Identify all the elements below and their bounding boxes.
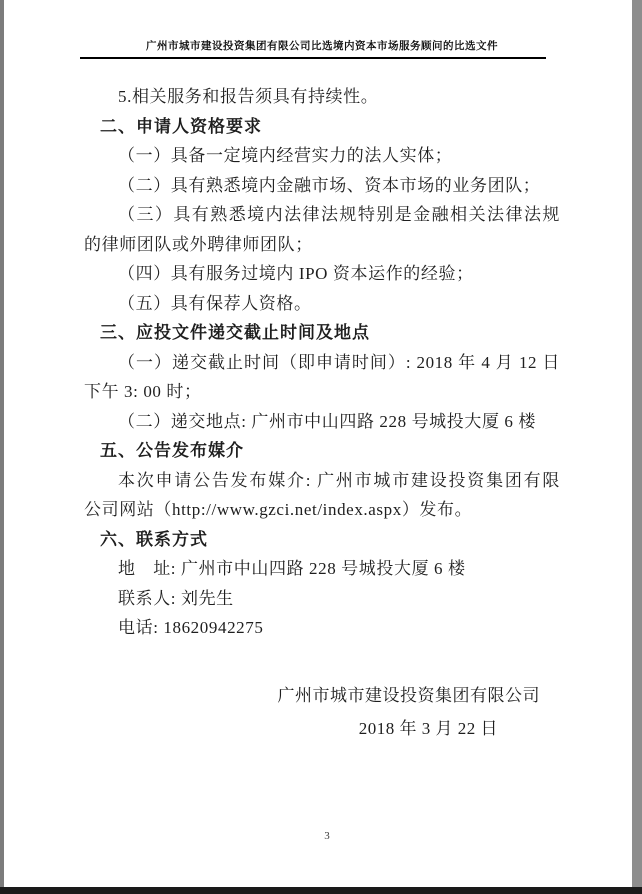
paragraph: 联系人: 刘先生 bbox=[84, 584, 560, 614]
section-heading: 三、应投文件递交截止时间及地点 bbox=[84, 318, 560, 348]
paragraph: （四）具有服务过境内 IPO 资本运作的经验； bbox=[84, 259, 560, 289]
paragraph: 5.相关服务和报告须具有持续性。 bbox=[84, 82, 560, 112]
paragraph: 下午 3: 00 时； bbox=[84, 377, 560, 407]
viewer-edge-right bbox=[632, 0, 642, 894]
paragraph: （五）具有保荐人资格。 bbox=[84, 289, 560, 319]
paragraph: （一）具备一定境内经营实力的法人实体； bbox=[84, 141, 560, 171]
viewer-edge-left bbox=[0, 0, 4, 894]
paragraph: 地 址: 广州市中山四路 228 号城投大厦 6 楼 bbox=[84, 554, 560, 584]
section-heading: 二、申请人资格要求 bbox=[84, 112, 560, 142]
document-body: 5.相关服务和报告须具有持续性。 二、申请人资格要求 （一）具备一定境内经营实力… bbox=[84, 82, 560, 745]
paragraph: （一）递交截止时间（即申请时间）: 2018 年 4 月 12 日 bbox=[84, 348, 560, 378]
viewer-edge-bottom bbox=[0, 887, 642, 894]
paragraph: 公司网站（http://www.gzci.net/index.aspx）发布。 bbox=[84, 495, 560, 525]
paragraph: （二）递交地点: 广州市中山四路 228 号城投大厦 6 楼 bbox=[84, 407, 560, 437]
signature-date: 2018 年 3 月 22 日 bbox=[84, 712, 540, 745]
header-rule bbox=[80, 57, 546, 59]
paragraph: （二）具有熟悉境内金融市场、资本市场的业务团队； bbox=[84, 171, 560, 201]
paragraph: 本次申请公告发布媒介: 广州市城市建设投资集团有限 bbox=[84, 466, 560, 496]
section-heading: 五、公告发布媒介 bbox=[84, 436, 560, 466]
section-heading: 六、联系方式 bbox=[84, 525, 560, 555]
page-header-title: 广州市城市建设投资集团有限公司比选境内资本市场服务顾问的比选文件 bbox=[84, 38, 560, 53]
signature-company: 广州市城市建设投资集团有限公司 bbox=[84, 679, 540, 712]
page-number: 3 bbox=[84, 830, 570, 842]
signature-block: 广州市城市建设投资集团有限公司 2018 年 3 月 22 日 bbox=[84, 679, 560, 745]
paragraph: （三）具有熟悉境内法律法规特别是金融相关法律法规 bbox=[84, 200, 560, 230]
paragraph: 电话: 18620942275 bbox=[84, 613, 560, 643]
paragraph: 的律师团队或外聘律师团队； bbox=[84, 230, 560, 260]
document-page: 广州市城市建设投资集团有限公司比选境内资本市场服务顾问的比选文件 5.相关服务和… bbox=[0, 0, 642, 894]
